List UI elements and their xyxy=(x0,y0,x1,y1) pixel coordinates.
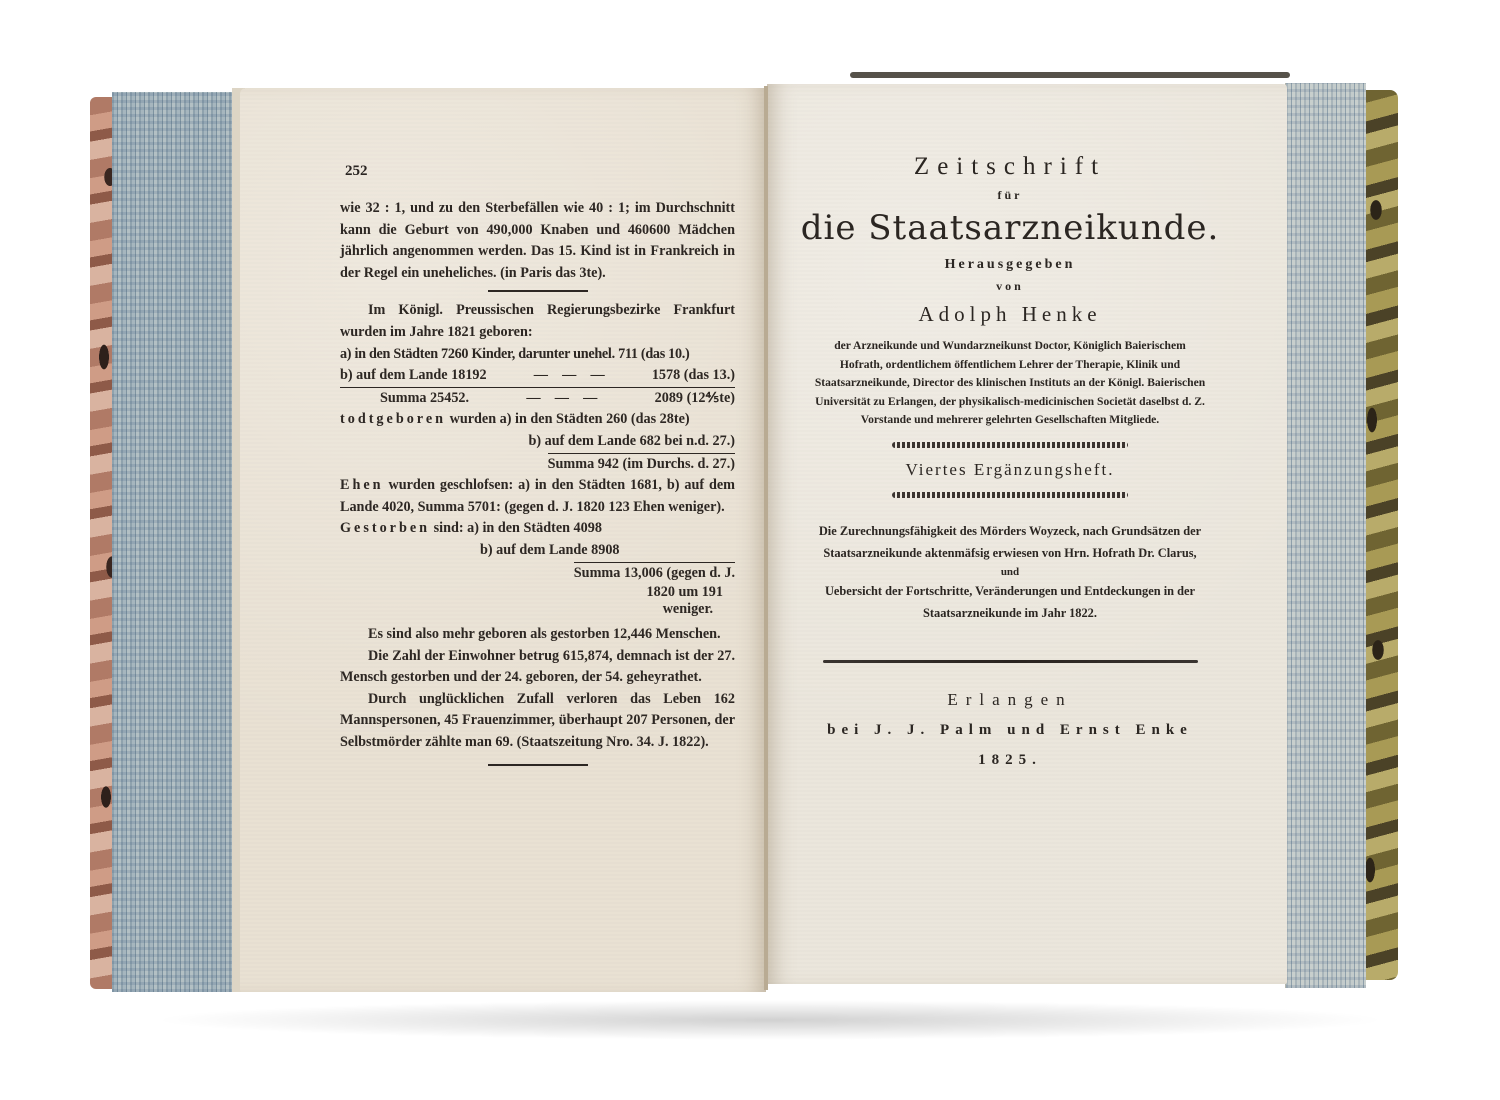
title-page: Zeitschrift für die Staatsarzneikunde. H… xyxy=(800,150,1220,775)
dashes: — — — xyxy=(534,365,605,387)
births-sum: Summa 25452. xyxy=(380,388,469,410)
deaths-urban: sind: a) in den Städten 4098 xyxy=(434,520,602,536)
births-row-a: a) in den Städten 7260 Kinder, darunter … xyxy=(340,344,735,366)
births-sum-row: Summa 25452. — — — 2089 (12⅘te) xyxy=(340,387,735,410)
page-number: 252 xyxy=(345,163,368,180)
section-rule xyxy=(488,290,588,292)
deaths-sum: Summa 13,006 (gegen d. J. xyxy=(340,562,735,585)
paragraph-surplus: Es sind also mehr geboren als gestorben … xyxy=(340,624,735,646)
page-block-edge-right xyxy=(1285,83,1366,988)
births-rural-count: b) auf dem Lande 18192 xyxy=(340,365,487,387)
edited-by: Herausgegeben xyxy=(800,257,1220,273)
deaths-sum-text: Summa 13,006 (gegen d. J. xyxy=(574,562,735,585)
book-shadow xyxy=(150,1000,1390,1040)
dashes: — — — xyxy=(526,388,597,410)
contents-overview: Uebersicht der Fortschritte, Veränderung… xyxy=(800,580,1220,624)
book-gutter xyxy=(764,86,768,990)
author-name: Adolph Henke xyxy=(800,302,1220,327)
births-rural-illegitimate: 1578 (das 13.) xyxy=(652,365,735,387)
deaths-sum-cont: 1820 um 191 xyxy=(340,584,735,601)
contents-woyzeck: Die Zurechnungsfähigkeit des Mörders Woy… xyxy=(800,520,1220,564)
title-line-2: für xyxy=(800,188,1220,203)
paragraph-france: wie 32 : 1, und zu den Sterbefällen wie … xyxy=(340,198,735,284)
page-block-edge-left xyxy=(112,92,233,992)
bookmark-ribbon xyxy=(850,72,1290,78)
stillborn-sum-text: Summa 942 (im Durchs. d. 27.) xyxy=(548,453,735,476)
title-line-1: Zeitschrift xyxy=(800,150,1220,184)
deaths-row-a: Gestorben sind: a) in den Städten 4098 xyxy=(340,518,735,540)
stillborn-urban: wurden a) in den Städten 260 (das 28te) xyxy=(450,411,690,427)
imprint-rule xyxy=(823,660,1198,663)
von: von xyxy=(800,279,1220,294)
imprint-year: 1825. xyxy=(800,745,1220,775)
title-line-3: die Staatsarzneikunde. xyxy=(800,207,1220,249)
stillborn-label: todtgeboren xyxy=(340,411,446,427)
stillborn-sum: Summa 942 (im Durchs. d. 27.) xyxy=(340,453,735,476)
marriages-paragraph: Ehen wurden geschlofsen: a) in den Städt… xyxy=(340,475,735,518)
supplement-title: Viertes Ergänzungsheft. xyxy=(800,460,1220,480)
paragraph-frankfurt-intro: Im Königl. Preussischen Regierungsbezirk… xyxy=(340,300,735,343)
births-row-b: b) auf dem Lande 18192 — — — 1578 (das 1… xyxy=(340,365,735,387)
ornamental-rule-top xyxy=(892,442,1128,448)
births-sum-illegitimate: 2089 (12⅘te) xyxy=(655,388,735,410)
deaths-sum-cont2: weniger. xyxy=(340,601,735,618)
stillborn-row-b: b) auf dem Lande 682 bei n.d. 27.) xyxy=(340,431,735,453)
deaths-row-b: b) auf dem Lande 8908 xyxy=(340,540,735,562)
deaths-label: Gestorben xyxy=(340,520,430,536)
marriages-text: wurden geschlofsen: a) in den Städten 16… xyxy=(340,477,735,515)
end-rule xyxy=(488,764,588,766)
left-page-text: wie 32 : 1, und zu den Sterbefällen wie … xyxy=(340,198,735,774)
paragraph-accidents: Durch unglücklichen Zufall verloren das … xyxy=(340,689,735,754)
imprint-place: Erlangen xyxy=(800,685,1220,715)
author-credentials: der Arzneikunde und Wundarzneikunst Doct… xyxy=(800,337,1220,430)
marriages-label: Ehen xyxy=(340,477,384,493)
contents-und: und xyxy=(800,564,1220,580)
ornamental-rule-bottom xyxy=(892,492,1128,498)
paragraph-population: Die Zahl der Einwohner betrug 615,874, d… xyxy=(340,646,735,689)
stillborn-row-a: todtgeboren wurden a) in den Städten 260… xyxy=(340,409,735,431)
imprint-publisher: bei J. J. Palm und Ernst Enke xyxy=(800,715,1220,745)
